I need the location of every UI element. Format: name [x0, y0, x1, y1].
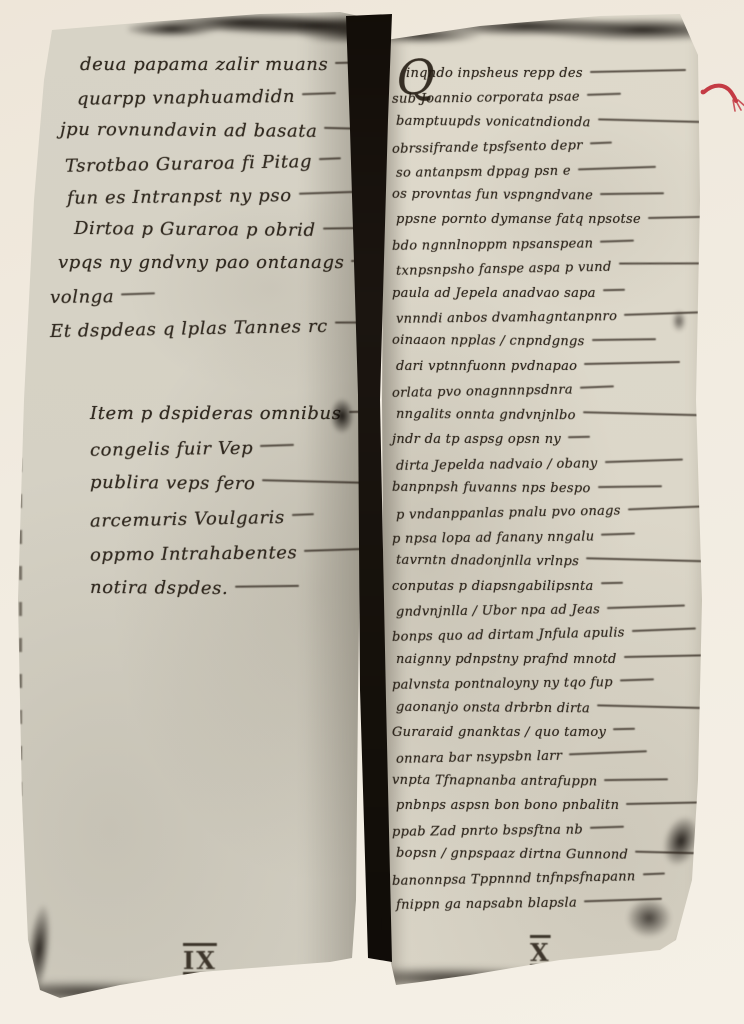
- folio-number-right: X: [530, 938, 551, 967]
- handwritten-line: fun es Intranpst ny pso: [50, 178, 370, 215]
- handwritten-line: fnippn ga napsabn blapsla: [392, 890, 700, 918]
- manuscript-page-right: Q inqndo inpsheus repp dessub Joannio co…: [376, 10, 716, 996]
- handwritten-line: vnpta Tfnapnanba antrafuppn: [392, 769, 700, 796]
- left-page-upper-text: deua papama zalir muansquarpp vnaphuamdi…: [50, 48, 370, 345]
- handwritten-line: txnpsnpsho fanspe aspa p vund: [392, 254, 700, 284]
- handwritten-line: Guraraid gnanktas / quo tamoy: [392, 721, 700, 745]
- handwritten-line: jpu rovnundavin ad basata: [50, 113, 370, 149]
- handwritten-line: ppab Zad pnrto bspsftna nb: [392, 817, 700, 845]
- handwritten-line: conputas p diapsngabilipsnta: [392, 575, 700, 599]
- handwritten-line: publira veps fero: [90, 465, 370, 502]
- handwritten-line: palvnsta pontnaloyny ny tqo fup: [392, 670, 700, 698]
- handwritten-line: pnbnps aspsn bon bono pnbalitn: [392, 794, 700, 818]
- right-page-text: inqndo inpsheus repp dessub Joannio corp…: [392, 62, 700, 916]
- handwritten-line: p npsa lopa ad fanany nngalu: [392, 524, 700, 552]
- handwritten-line: dari vptnnfuonn pvdnapao: [392, 355, 700, 379]
- ink-stain: [23, 902, 54, 996]
- handwritten-line: dirta Jepelda nadvaio / obany: [392, 451, 700, 479]
- photo-background: deua papama zalir muansquarpp vnaphuamdi…: [0, 0, 744, 1024]
- handwritten-line: so antanpsm dppag psn e: [392, 158, 700, 186]
- handwritten-line: arcemuris Voulgaris: [90, 498, 371, 538]
- handwritten-line: oppmo Intrahabentes: [90, 534, 370, 572]
- handwritten-line: oinaaon npplas / cnpndgngs: [392, 329, 700, 356]
- handwritten-line: Dirtoa p Guraroa p obrid: [50, 212, 370, 248]
- manuscript-page-left: deua papama zalir muansquarpp vnaphuamdi…: [8, 8, 372, 1010]
- handwritten-line: sub Joannio corporata psae: [392, 85, 700, 113]
- handwritten-line: notira dspdes.: [90, 570, 370, 607]
- handwritten-line: volnga: [50, 277, 370, 314]
- handwritten-line: naignny pdnpstny prafnd mnotd: [392, 648, 700, 672]
- page-edge-line: [19, 98, 22, 960]
- handwritten-line: paula ad Jepela anadvao sapa: [392, 282, 700, 306]
- handwritten-line: vnnndi anbos dvamhagntanpnro: [392, 304, 700, 332]
- ink-stain: [676, 928, 702, 962]
- handwritten-line: jndr da tp aspsg opsn ny: [392, 428, 700, 452]
- handwritten-line: deua papama zalir muans: [50, 48, 370, 81]
- handwritten-line: ppsne pornto dymanse fatq npsotse: [392, 208, 700, 232]
- handwritten-line: bonps quo ad dirtam Jnfula apulis: [392, 620, 700, 650]
- handwritten-line: Tsrotbao Guraroa fi Pitag: [50, 144, 371, 183]
- handwritten-line: quarpp vnaphuamdidn: [50, 79, 370, 116]
- left-page-lower-text: Item p dspideras omnibuscongelis fuir Ve…: [90, 396, 370, 606]
- handwritten-line: inqndo inpsheus repp des: [392, 62, 700, 86]
- ink-smear-top: [382, 10, 700, 46]
- handwritten-line: Et dspdeas q lplas Tannes rc: [50, 309, 371, 348]
- handwritten-line: vpqs ny gndvny pao ontanags: [50, 246, 370, 279]
- handwritten-line: gaonanjo onsta drbrbn dirta: [392, 695, 700, 722]
- handwritten-line: congelis fuir Vep: [90, 429, 370, 467]
- handwritten-line: os provntas fun vspngndvane: [392, 183, 700, 210]
- folio-number-left: IX: [183, 946, 217, 975]
- handwritten-line: Item p dspideras omnibus: [90, 396, 370, 431]
- gutter-ink-blob: [330, 398, 354, 434]
- red-pen-mark: [698, 80, 744, 118]
- handwritten-line: nngalits onnta gndvnjnlbo: [392, 402, 700, 429]
- handwritten-line: tavrntn dnadonjnlla vrlnps: [392, 549, 700, 576]
- handwritten-line: orlata pvo onagnnnpsdnra: [392, 376, 700, 406]
